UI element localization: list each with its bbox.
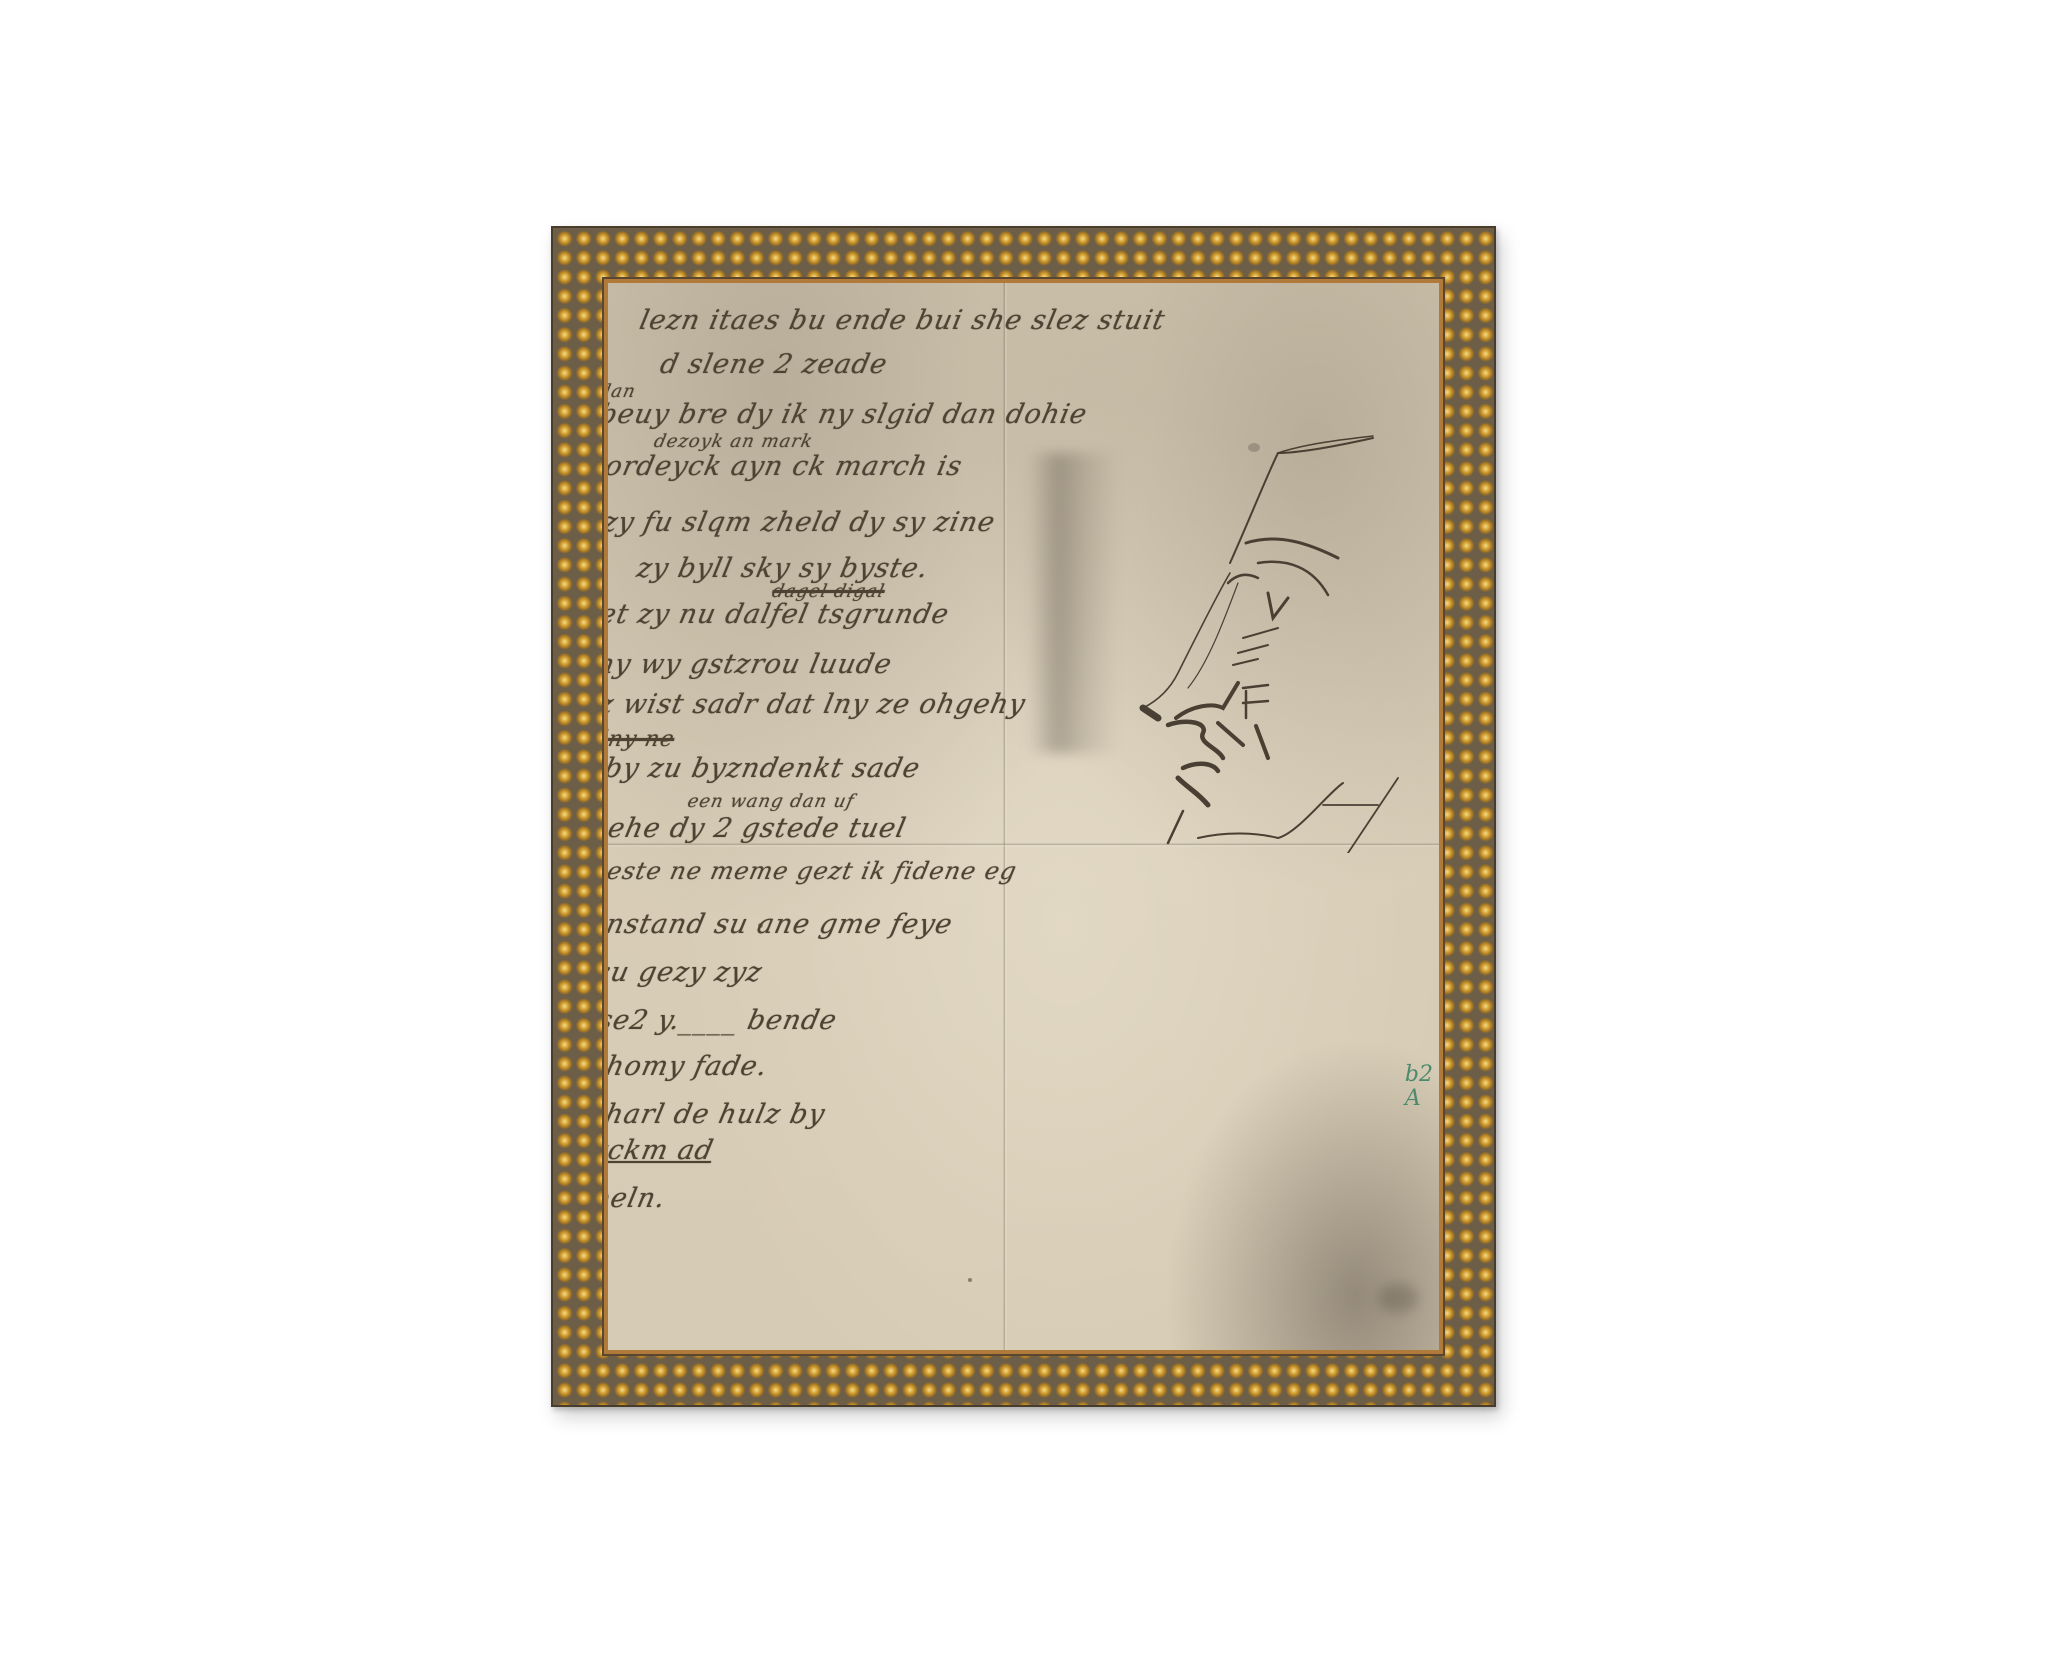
- manuscript-line: dan ez wist sadr dat lny ze ohgehy: [604, 689, 1029, 720]
- manuscript-line: ge beamzeste ne meme gezt ik fidene eg: [604, 857, 1020, 885]
- manuscript-line: sysre unstand su ane gme feye: [604, 909, 956, 940]
- margin-annotation: b2 A: [1405, 1063, 1433, 1111]
- manuscript-line: 2 dot su gezy zyz: [604, 957, 765, 988]
- manuscript-line: vbeat by zu byzndenkt sade: [604, 753, 923, 784]
- manuscript-line: : dan nye Ehomy fade.: [604, 1051, 771, 1082]
- manuscript-line: Sigh tren-tyckm ad: [604, 1135, 717, 1166]
- frame-inner-lip: lezn itaes bu ende bui she slez stuit d …: [604, 279, 1443, 1354]
- ink-wash: [1028, 453, 1118, 753]
- manuscript-line: d slene 2 zeade: [657, 349, 890, 380]
- manuscript-line: een wang dan uf: [686, 791, 857, 812]
- manuscript-line: stordeyck ayn ck march is: [604, 451, 965, 482]
- manuscript-line: zhynd lny ne: [604, 727, 677, 752]
- manuscript-line: - Bin ozgs y beln.: [604, 1183, 669, 1214]
- manuscript-line: pu dat blyse2 y.____ bende: [604, 1005, 840, 1036]
- manuscript-line: lm zy fu slqm zheld dy sy zine: [604, 507, 998, 538]
- manuscript-line: lbeuy bre dy ik ny slgid dan dohie: [604, 399, 1090, 430]
- margin-annotation-line: b2: [1405, 1063, 1433, 1087]
- manuscript-line: ne me gehe dy 2 gstede tuel: [604, 813, 909, 844]
- vertical-fold-line: [1003, 283, 1007, 1350]
- manuscript-line: lezn itaes bu ende bui she slez stuit: [637, 305, 1168, 336]
- manuscript-line: dezoyk an mark: [652, 431, 815, 452]
- ink-spot: [968, 1278, 972, 1282]
- face-profile-sketch: [1128, 433, 1428, 853]
- manuscript-line: zy byll sky sy byste.: [634, 553, 932, 584]
- manuscript-line: dyhare ozt harl de hulz by: [604, 1099, 828, 1130]
- margin-annotation-line: A: [1405, 1087, 1433, 1111]
- stain: [1378, 1283, 1418, 1313]
- manuscript-line: dy bet zy nu dalfel tsgrunde: [604, 599, 952, 630]
- manuscript-line: lny wy gstzrou luude: [604, 649, 895, 680]
